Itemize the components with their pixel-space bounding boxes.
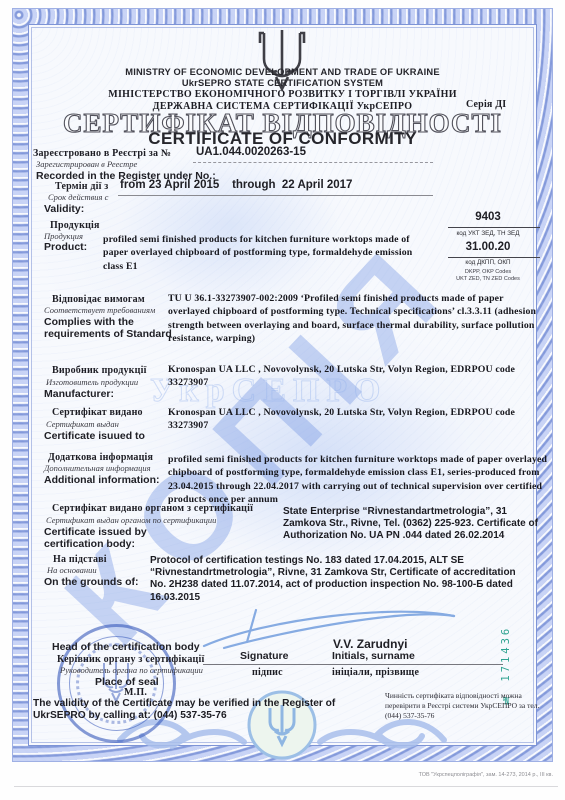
verify-note-uk: Чинність сертифіката відповідності можна… — [385, 691, 543, 720]
manufacturer-label-ru: Изготовитель продукции — [46, 377, 138, 387]
product-label-ru: Продукция — [44, 231, 83, 241]
ukt-zed-code: 9403 — [432, 211, 544, 223]
manufacturer-label-en: Manufacturer: — [44, 388, 114, 400]
ministry-title-en: MINISTRY OF ECONOMIC DEVELOPMENT AND TRA… — [0, 67, 565, 77]
product-description: profiled semi finished products for kitc… — [103, 233, 433, 273]
codes-caption-en2: UKT ZED, TN ZED Codes — [432, 276, 544, 282]
code-rule — [448, 227, 540, 228]
place-of-seal-label-uk: М.П. — [124, 687, 147, 698]
grounds-text: Protocol of certification testings No. 1… — [150, 555, 522, 604]
certificate-page: КОПІЯ УкрСЕПРО MINISTRY OF ECONOMIC DEVE… — [0, 0, 565, 800]
additional-label-ru: Дополнительная информация — [44, 463, 151, 473]
system-title-en: UkrSEPRO STATE CERTIFICATION SYSTEM — [0, 78, 565, 88]
issued-to-label-ru: Сертификат выдан — [46, 419, 119, 429]
validity-label-en: Validity: — [44, 203, 84, 215]
product-label-en: Product: — [44, 241, 87, 253]
dkpp-code: 31.00.20 — [432, 241, 544, 253]
grounds-label-en: On the grounds of: — [44, 576, 139, 588]
validity-label-uk: Термін дії з — [55, 181, 109, 192]
signature-underline — [203, 664, 503, 665]
head-label-uk: Керівник органу з сертифікації — [57, 654, 204, 665]
standard-text: TU U 36.1-33273907-002:2009 ‘Profiled se… — [168, 292, 546, 346]
standard-label-en2: requirements of Standard — [44, 328, 172, 340]
cert-body-text: State Enterprise “Rivnestandartmetrologi… — [283, 506, 548, 543]
initials-caption-uk: ініціали, прізвище — [332, 667, 419, 678]
standard-label-uk: Відповідає вимогам — [52, 294, 145, 305]
manufacturer-text: Kronospan UA LLC , Novovolynsk, 20 Lutsk… — [168, 363, 528, 390]
register-number-underline — [193, 162, 433, 163]
scan-edge-line — [14, 786, 558, 787]
validity-label-ru: Срок действия с — [48, 192, 108, 202]
cert-body-label-uk: Сертифікат видано органом з сертифікації — [52, 503, 253, 514]
cert-body-label-en1: Certificate issued by — [44, 526, 147, 538]
code-rule — [448, 257, 540, 258]
signature-caption-en: Signature — [240, 650, 288, 662]
issued-to-text: Kronospan UA LLC , Novovolynsk, 20 Lutsk… — [168, 406, 528, 433]
product-label-uk: Продукція — [50, 220, 100, 231]
standard-label-en1: Complies with the — [44, 316, 134, 328]
grounds-label-uk: На підставі — [53, 554, 107, 565]
register-number: UA1.044.0020263-15 — [196, 146, 306, 158]
manufacturer-label-uk: Виробник продукції — [52, 365, 147, 376]
cert-body-label-en2: certification body: — [44, 538, 135, 550]
codes-caption-en1: DKPP, OKP Codes — [432, 269, 544, 275]
dkpp-code-label: код ДКПП, ОКП — [432, 259, 544, 266]
signature-caption-uk: підпис — [252, 667, 283, 678]
issued-to-label-uk: Сертифікат видано — [52, 407, 143, 418]
head-label-ru: Руководитель органа по сертификации — [60, 665, 203, 675]
additional-label-uk: Додаткова інформація — [48, 452, 153, 463]
initials-caption-en: Initials, surname — [332, 650, 415, 662]
verify-note-en: The validity of the Certificate may be v… — [33, 698, 345, 722]
printer-imprint: ТОВ "Укрспецполіграфія", зам. 14-273, 20… — [419, 772, 553, 778]
ukt-zed-code-label: код УКТ ЗЕД, ТН ЗЕД — [432, 230, 544, 237]
signatory-name: V.V. Zarudnyi — [333, 637, 407, 651]
additional-text: profiled semi finished products for kitc… — [168, 453, 548, 507]
standard-label-ru: Соответствует требованиям — [44, 305, 155, 315]
cert-body-label-ru: Сертификат выдан органом по сертификации — [46, 515, 216, 525]
additional-label-en: Additional information: — [44, 474, 160, 486]
validity-value: from 23 April 2015 through 22 April 2017 — [120, 179, 352, 191]
head-label-en: Head of the certification body — [52, 641, 200, 653]
issued-to-label-en: Certificate isuued to — [44, 430, 145, 442]
grounds-label-ru: На основании — [47, 565, 97, 575]
validity-underline — [118, 195, 433, 196]
register-label-ru: Зарегистрирован в Реестре — [36, 159, 137, 169]
register-label-uk: Зареєстровано в Реєстрі за № — [33, 148, 171, 159]
